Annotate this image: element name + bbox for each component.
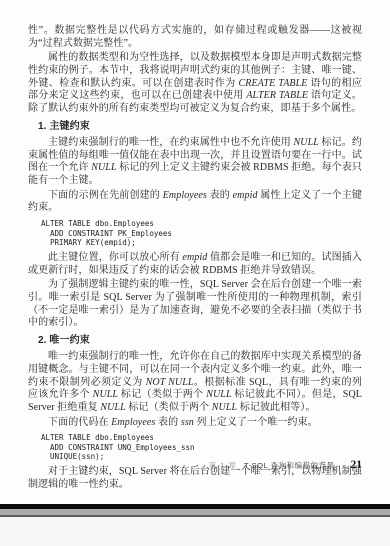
inline-code-term: Employees [111, 417, 155, 428]
code-block: ALTER TABLE dbo.Employees ADD CONSTRAINT… [41, 219, 362, 248]
paragraph: 性”。数据完整性是以代码方式实施的，如存储过程或触发器——这被视为“过程式数据完… [28, 25, 362, 51]
book-page: 性”。数据完整性是以代码方式实施的，如存储过程或触发器——这被视为“过程式数据完… [0, 0, 390, 546]
text-segment: 主键约束强制行的唯一性，在约束属性中也不允许使用 [48, 137, 294, 148]
inline-code-term: NULL [91, 162, 116, 173]
page-bottom-margin [0, 517, 390, 546]
paragraph: 主键约束强制行的唯一性，在约束属性中也不允许使用 NULL 标记。约束属性值的每… [28, 137, 362, 188]
inline-code-term: NULL [100, 402, 125, 413]
text-segment: 此主键位置，你可以放心所有 [48, 252, 182, 263]
inline-code-term: NULL [212, 402, 237, 413]
inline-code-term: NULL [93, 389, 118, 400]
footer-chapter-label: 第 1 章 [209, 460, 237, 471]
inline-code-term: empid [182, 252, 207, 263]
inline-code-term: empid [233, 190, 258, 201]
page-footer: 第 1 章 T-SQL 查询和编程的背景 21 [209, 459, 362, 471]
text-segment: 列上定义了一个唯一约束。 [194, 417, 318, 428]
text-segment: 表的 [207, 190, 233, 201]
text-segment: 性”。数据完整性是以代码方式实施的，如存储过程或触发器——这被视为“过程式数据完… [28, 25, 362, 49]
inline-code-term: NULL [294, 137, 319, 148]
footer-chapter-title: T-SQL 查询和编程的背景 [244, 460, 334, 471]
code-block: ALTER TABLE dbo.Employees ADD CONSTRAINT… [41, 433, 362, 462]
inline-code-term: NOT NULL [146, 377, 194, 388]
paragraph: 此主键位置，你可以放心所有 empid 值都会是唯一和已知的。试图插入或更新行时… [28, 252, 362, 278]
paragraph: 为了强制逻辑主键约束的唯一性，SQL Server 会在后台创建一个唯一索引。唯… [28, 279, 362, 330]
text-segment: 表的 [155, 417, 180, 428]
text-segment: 为了强制逻辑主键约束的唯一性，SQL Server 会在后台创建一个唯一索引。唯… [28, 279, 362, 328]
paragraph: 唯一约束强制行的唯一性，允许你在自己的数据库中实现关系模型的备用键概念。与主键不… [28, 351, 362, 415]
inline-code-term: Employees [163, 190, 207, 201]
text-segment: 1. 主键约束 [38, 121, 90, 132]
text-segment: 标记（类似于两个 [126, 402, 212, 413]
text-segment: 下面的示例在先前创建的 [48, 190, 163, 201]
inline-code-term: ALTER TABLE [246, 90, 308, 101]
section-heading: 1. 主键约束 [28, 121, 362, 134]
footer-page-number: 21 [351, 459, 363, 471]
page-content: 性”。数据完整性是以代码方式实施的，如存储过程或触发器——这被视为“过程式数据完… [28, 25, 362, 493]
text-segment: 下面的代码在 [48, 417, 111, 428]
inline-code-term: CREATE TABLE [239, 78, 308, 89]
text-segment: 2. 唯一约束 [38, 335, 90, 346]
paragraph: 下面的代码在 Employees 表的 ssn 列上定义了一个唯一约束。 [28, 417, 362, 430]
section-heading: 2. 唯一约束 [28, 335, 362, 348]
inline-code-term: NULL [206, 389, 231, 400]
inline-code-term: ssn [181, 417, 194, 428]
text-segment: 标记彼此相等）。 [237, 402, 315, 413]
paragraph: 下面的示例在先前创建的 Employees 表的 empid 属性上定义了一个主… [28, 190, 362, 216]
text-segment: 标记（类似于两个 [118, 389, 206, 400]
paragraph: 属性的数据类型和为空性选择，以及数据模型本身即是声明式数据完整性约束的例子。本节… [28, 52, 362, 116]
